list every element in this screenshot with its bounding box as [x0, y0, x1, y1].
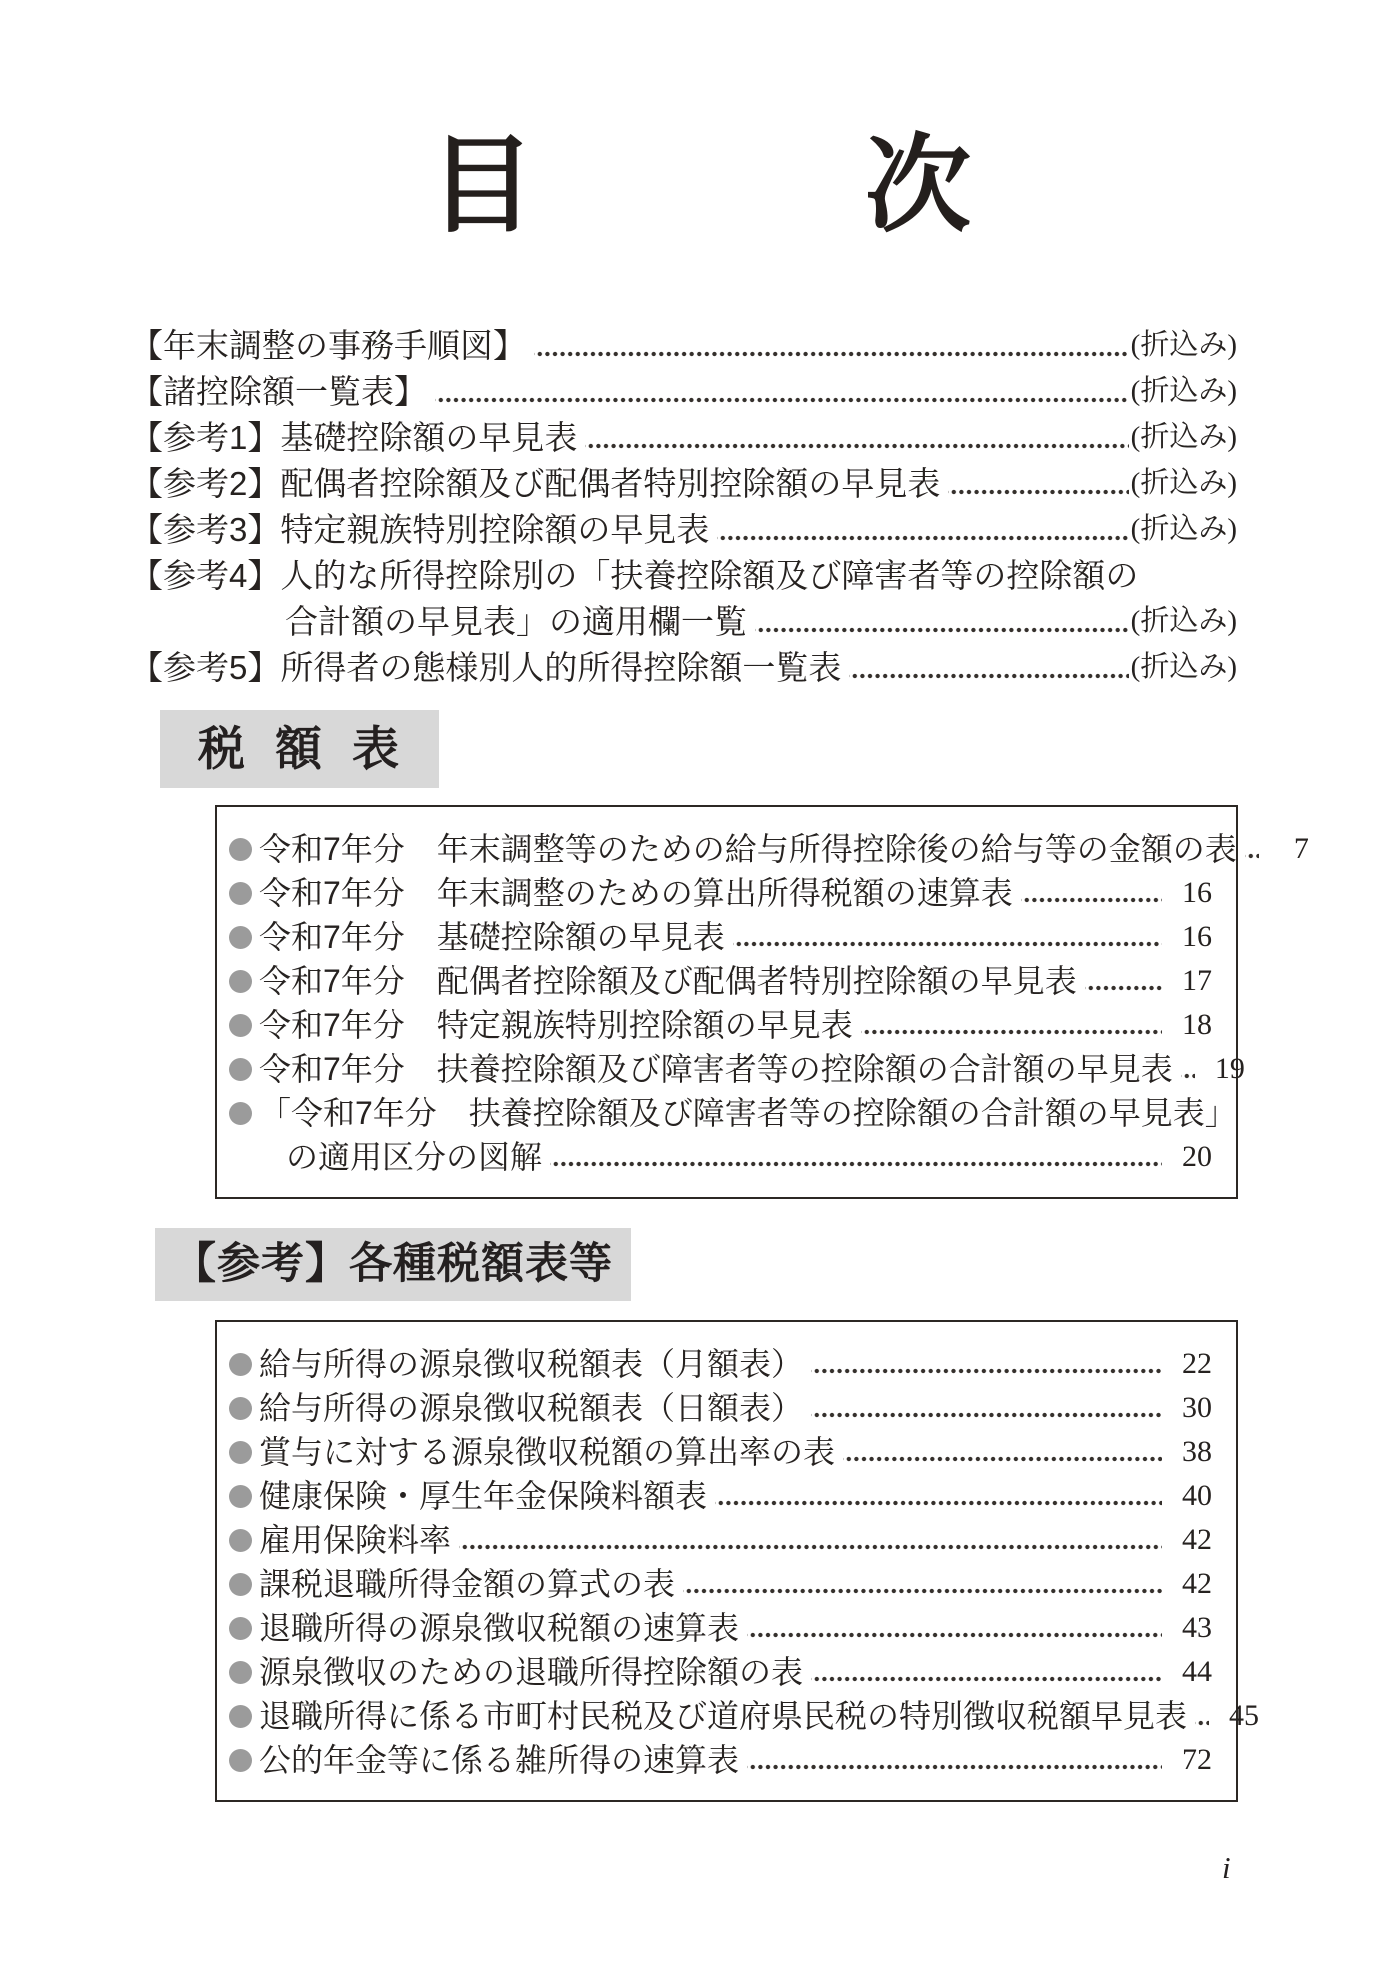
toc-item-label: 令和7年分 配偶者控除額及び配偶者特別控除額の早見表	[259, 959, 1077, 1003]
page-ref: 30	[1164, 1385, 1212, 1430]
bullet-icon	[229, 882, 252, 905]
toc-item: 令和7年分 特定親族特別控除額の早見表 18	[229, 1003, 1212, 1047]
toc-page: 目 次 【年末調整の事務手順図】 (折込み) 【諸控除額一覧表】 (折込み) 【…	[0, 0, 1400, 1977]
dotted-leader	[849, 645, 1128, 691]
dotted-leader	[843, 1430, 1162, 1474]
toc-item-label: 【参考5】所得者の態様別人的所得控除額一覧表	[130, 645, 841, 691]
toc-item-label: 【年末調整の事務手順図】	[130, 323, 526, 369]
toc-item-label: 賞与に対する源泉徴収税額の算出率の表	[259, 1430, 835, 1474]
toc-item: 課税退職所得金額の算式の表 42	[229, 1562, 1212, 1606]
page-ref: 38	[1164, 1429, 1212, 1474]
toc-item-label: 【諸控除額一覧表】	[130, 369, 427, 415]
page-ref: (折込み)	[1131, 414, 1237, 461]
bullet-icon	[229, 1529, 252, 1552]
page-ref: 44	[1164, 1649, 1212, 1694]
bullet-icon	[229, 1102, 252, 1125]
section-header-tax-tables: 税額表	[160, 710, 439, 788]
page-ref: 20	[1164, 1134, 1212, 1179]
page-ref: (折込み)	[1131, 598, 1237, 645]
bullet-icon	[229, 1661, 252, 1684]
page-ref: 43	[1164, 1605, 1212, 1650]
page-ref: 17	[1164, 958, 1212, 1003]
page-title: 目 次	[0, 126, 1400, 248]
toc-item: 雇用保険料率 42	[229, 1518, 1212, 1562]
page-ref: 19	[1197, 1046, 1245, 1091]
title-char-ji: 次	[865, 126, 971, 248]
page-ref: (折込み)	[1131, 460, 1237, 507]
page-ref: 42	[1164, 1517, 1212, 1562]
toc-item-label: 令和7年分 年末調整のための算出所得税額の速算表	[259, 871, 1013, 915]
dotted-leader	[1181, 1047, 1195, 1091]
toc-item: 退職所得に係る市町村民税及び道府県民税の特別徴収税額早見表 45	[229, 1694, 1212, 1738]
bullet-icon	[229, 1573, 252, 1596]
page-ref: (折込み)	[1131, 506, 1237, 553]
toc-item-label: 令和7年分 年末調整等のための給与所得控除後の給与等の金額の表	[259, 827, 1237, 871]
page-ref: (折込み)	[1131, 322, 1237, 369]
bullet-icon	[229, 838, 252, 861]
toc-item-label: 給与所得の源泉徴収税額表（月額表）	[259, 1342, 803, 1386]
dotted-leader	[1245, 827, 1259, 871]
dotted-leader	[747, 1606, 1162, 1650]
toc-item-label: 源泉徴収のための退職所得控除額の表	[259, 1650, 803, 1694]
toc-item: 源泉徴収のための退職所得控除額の表 44	[229, 1650, 1212, 1694]
dotted-leader	[683, 1562, 1162, 1606]
page-ref: 72	[1164, 1737, 1212, 1782]
toc-item-label: 【参考3】特定親族特別控除額の早見表	[130, 507, 709, 553]
section-header-reference-tables: 【参考】各種税額表等	[155, 1228, 631, 1301]
toc-item-label: 課税退職所得金額の算式の表	[259, 1562, 675, 1606]
dotted-leader	[435, 369, 1129, 415]
toc-item-label: 「令和7年分 扶養控除額及び障害者等の控除額の合計額の早見表」	[259, 1091, 1237, 1135]
toc-item: 【参考4】人的な所得控除別の「扶養控除額及び障害者等の控除額の	[130, 553, 1237, 599]
dotted-leader	[811, 1650, 1162, 1694]
toc-item: 【参考3】特定親族特別控除額の早見表 (折込み)	[130, 507, 1237, 553]
bullet-icon	[229, 1485, 252, 1508]
toc-item: 公的年金等に係る雑所得の速算表 72	[229, 1738, 1212, 1782]
page-ref: (折込み)	[1131, 368, 1237, 415]
dotted-leader	[861, 1003, 1162, 1047]
bullet-icon	[229, 926, 252, 949]
toc-item-label: 公的年金等に係る雑所得の速算表	[259, 1738, 739, 1782]
toc-item-label: の適用区分の図解	[286, 1135, 542, 1179]
toc-item-label: 令和7年分 基礎控除額の早見表	[259, 915, 725, 959]
dotted-leader	[459, 1518, 1162, 1562]
toc-item: 【年末調整の事務手順図】 (折込み)	[130, 323, 1237, 369]
toc-item-label: 令和7年分 扶養控除額及び障害者等の控除額の合計額の早見表	[259, 1047, 1173, 1091]
page-ref: 45	[1211, 1693, 1259, 1738]
page-ref: 7	[1261, 826, 1309, 871]
toc-item: 「令和7年分 扶養控除額及び障害者等の控除額の合計額の早見表」	[229, 1091, 1212, 1135]
toc-item: 【諸控除額一覧表】 (折込み)	[130, 369, 1237, 415]
dotted-leader	[948, 461, 1128, 507]
page-ref: 18	[1164, 1002, 1212, 1047]
toc-item: 退職所得の源泉徴収税額の速算表 43	[229, 1606, 1212, 1650]
bullet-icon	[229, 970, 252, 993]
toc-item-label: 退職所得に係る市町村民税及び道府県民税の特別徴収税額早見表	[259, 1694, 1187, 1738]
toc-item: 令和7年分 基礎控除額の早見表 16	[229, 915, 1212, 959]
toc-item-label: 【参考4】人的な所得控除別の「扶養控除額及び障害者等の控除額の	[130, 553, 1138, 599]
dotted-leader	[1085, 959, 1162, 1003]
bullet-icon	[229, 1397, 252, 1420]
page-number: i	[1222, 1850, 1231, 1886]
toc-item-label: 給与所得の源泉徴収税額表（日額表）	[259, 1386, 803, 1430]
bullet-icon	[229, 1441, 252, 1464]
page-ref: 16	[1164, 870, 1212, 915]
toc-item: 令和7年分 配偶者控除額及び配偶者特別控除額の早見表 17	[229, 959, 1212, 1003]
toc-item: の適用区分の図解 20	[286, 1135, 1212, 1179]
title-char-moku: 目	[429, 126, 535, 248]
toc-item: 【参考2】配偶者控除額及び配偶者特別控除額の早見表 (折込み)	[130, 461, 1237, 507]
page-ref: 40	[1164, 1473, 1212, 1518]
dotted-leader	[747, 1738, 1162, 1782]
bullet-icon	[229, 1353, 252, 1376]
toc-item: 賞与に対する源泉徴収税額の算出率の表 38	[229, 1430, 1212, 1474]
bullet-icon	[229, 1705, 252, 1728]
page-ref: 42	[1164, 1561, 1212, 1606]
toc-item: 【参考5】所得者の態様別人的所得控除額一覧表 (折込み)	[130, 645, 1237, 691]
reference-toc-box: 給与所得の源泉徴収税額表（月額表） 22 給与所得の源泉徴収税額表（日額表） 3…	[215, 1320, 1238, 1802]
page-ref: 16	[1164, 914, 1212, 959]
tax-table-toc-box: 令和7年分 年末調整等のための給与所得控除後の給与等の金額の表 7 令和7年分 …	[215, 805, 1238, 1199]
toc-item-label: 【参考2】配偶者控除額及び配偶者特別控除額の早見表	[130, 461, 940, 507]
dotted-leader	[717, 507, 1128, 553]
dotted-leader	[534, 323, 1129, 369]
dotted-leader	[715, 1474, 1162, 1518]
dotted-leader	[755, 599, 1129, 645]
dotted-leader	[1021, 871, 1162, 915]
toc-item: 令和7年分 扶養控除額及び障害者等の控除額の合計額の早見表 19	[229, 1047, 1212, 1091]
dotted-leader	[811, 1386, 1162, 1430]
toc-item-label: 令和7年分 特定親族特別控除額の早見表	[259, 1003, 853, 1047]
bullet-icon	[229, 1014, 252, 1037]
toc-item: 令和7年分 年末調整等のための給与所得控除後の給与等の金額の表 7	[229, 827, 1212, 871]
bullet-icon	[229, 1617, 252, 1640]
toc-item-label: 【参考1】基礎控除額の早見表	[130, 415, 577, 461]
toc-item: 健康保険・厚生年金保険料額表 40	[229, 1474, 1212, 1518]
toc-item: 合計額の早見表」の適用欄一覧 (折込み)	[285, 599, 1237, 645]
toc-item: 給与所得の源泉徴収税額表（月額表） 22	[229, 1342, 1212, 1386]
foldout-toc-list: 【年末調整の事務手順図】 (折込み) 【諸控除額一覧表】 (折込み) 【参考1】…	[130, 323, 1237, 691]
dotted-leader	[1195, 1694, 1209, 1738]
toc-item: 【参考1】基礎控除額の早見表 (折込み)	[130, 415, 1237, 461]
toc-item-label: 合計額の早見表」の適用欄一覧	[285, 599, 747, 645]
page-ref: 22	[1164, 1341, 1212, 1386]
dotted-leader	[585, 415, 1128, 461]
toc-item-label: 退職所得の源泉徴収税額の速算表	[259, 1606, 739, 1650]
toc-item-label: 健康保険・厚生年金保険料額表	[259, 1474, 707, 1518]
toc-item: 令和7年分 年末調整のための算出所得税額の速算表 16	[229, 871, 1212, 915]
toc-item: 給与所得の源泉徴収税額表（日額表） 30	[229, 1386, 1212, 1430]
bullet-icon	[229, 1058, 252, 1081]
dotted-leader	[811, 1342, 1162, 1386]
toc-item-label: 雇用保険料率	[259, 1518, 451, 1562]
dotted-leader	[550, 1135, 1162, 1179]
dotted-leader	[733, 915, 1162, 959]
page-ref: (折込み)	[1131, 644, 1237, 691]
bullet-icon	[229, 1749, 252, 1772]
